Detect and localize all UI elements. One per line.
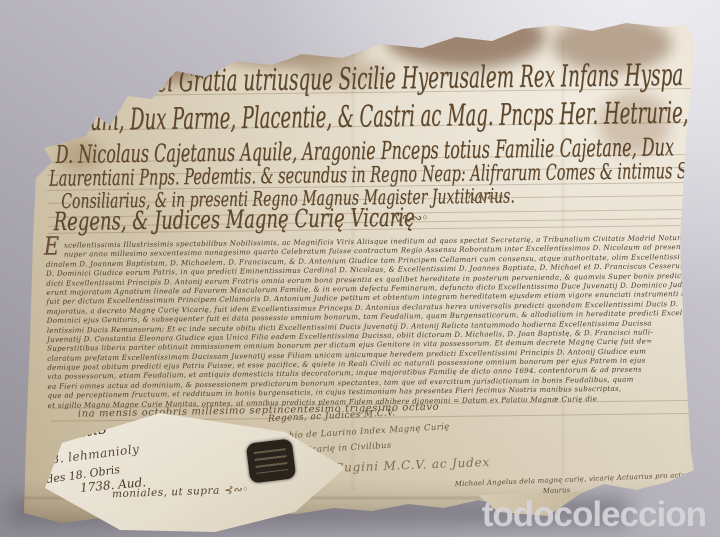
- pen-flourish: [220, 484, 250, 497]
- photo-of-parchment: Carolus Dei Gratia utriusque Sicilie Hye…: [0, 0, 720, 537]
- heading-line: Regens, & Judices Magnę Curię Vicarię: [53, 203, 415, 237]
- watermark: todocoleccion: [482, 495, 706, 535]
- ink-stamp: [246, 438, 297, 483]
- body-paragraph: xcellentissimis Illustrissimis spectabil…: [46, 233, 704, 410]
- pen-flourish: [391, 211, 428, 226]
- pen-flourish: [467, 190, 504, 205]
- heading-line: Carolus Dei Gratia utriusque Sicilie Hye…: [64, 58, 684, 101]
- heading: Carolus Dei Gratia utriusque Sicilie Hye…: [0, 0, 717, 4]
